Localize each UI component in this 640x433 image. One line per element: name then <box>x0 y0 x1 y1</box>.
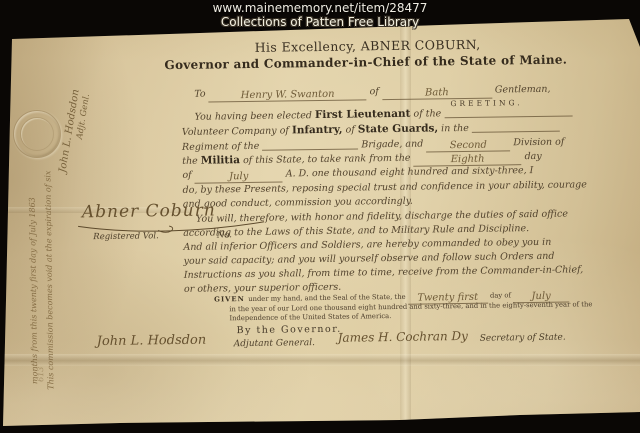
collection-caption: Collections of Patten Free Library <box>0 15 640 29</box>
source-url-caption: www.mainememory.net/item/28477 <box>0 1 640 15</box>
body-line-7: and good conduct, commission you accordi… <box>183 196 413 210</box>
adjutant-general-signature: John L. Hodsdon <box>97 333 207 350</box>
body-line-11: your said capacity; and you will yoursel… <box>184 251 555 267</box>
photo-of-commission-document: www.mainememory.net/item/28477 Collectio… <box>0 0 640 433</box>
margin-void-note-line-2: months from this twenty first day of Jul… <box>26 84 39 384</box>
document-paper: His Excellency, ABNER COBURN, Governor a… <box>0 0 640 433</box>
document-content: His Excellency, ABNER COBURN, Governor a… <box>0 0 640 433</box>
by-the-governor-label: By the Governor. <box>237 324 342 336</box>
given-line-3: Independence of the United States of Ame… <box>229 312 391 322</box>
body-line-13: or others, your superior officers. <box>184 282 341 295</box>
corner-mark: 613 <box>36 367 45 382</box>
secretary-signature: James H. Cochran Dy <box>338 329 468 345</box>
secretary-title: Secretary of State. <box>480 333 566 344</box>
body-line-12: Instructions as you shall, from time to … <box>184 264 584 281</box>
adjutant-general-title: Adjutant General. <box>234 338 315 349</box>
margin-void-note-line-1: This commission becomes void at the expi… <box>42 58 56 390</box>
